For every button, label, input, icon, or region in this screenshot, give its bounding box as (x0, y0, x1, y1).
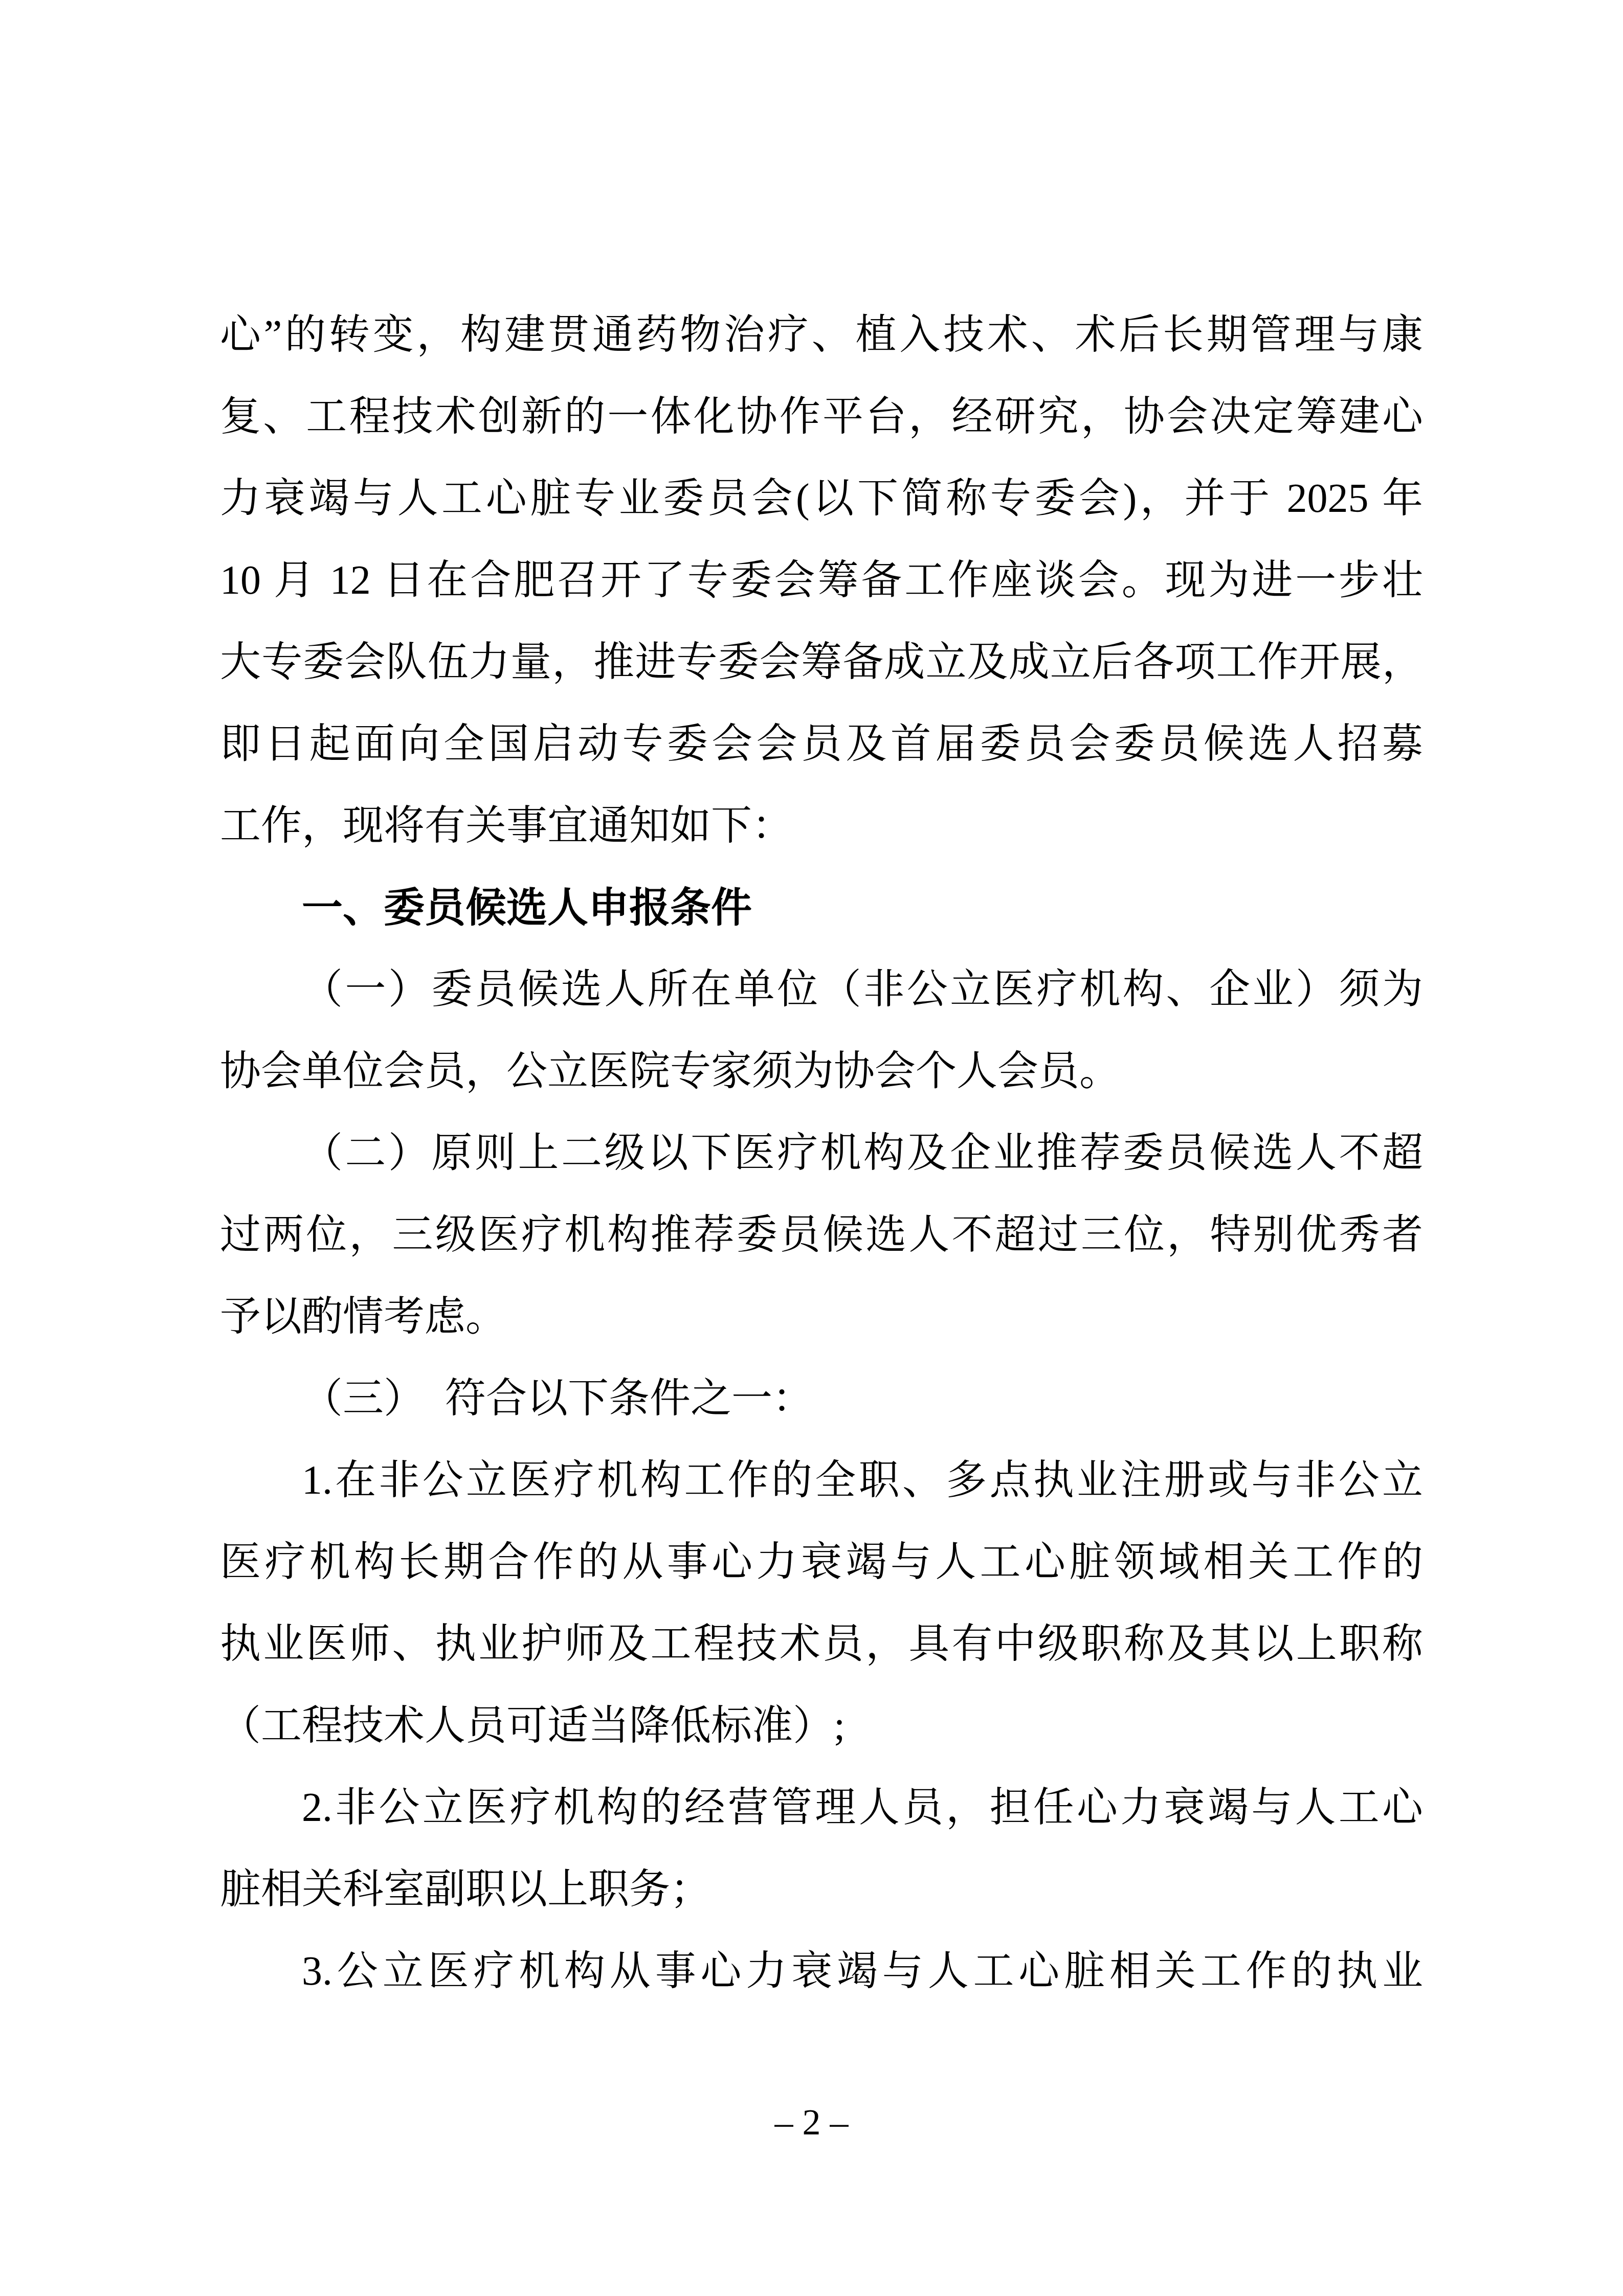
text-line: 1.在非公立医疗机构工作的全职、多点执业注册或与非公立 (220, 1439, 1423, 1521)
text-line: 心”的转变，构建贯通药物治疗、植入技术、术后长期管理与康 (220, 294, 1423, 376)
text-line: 脏相关科室副职以上职务； (220, 1849, 1423, 1930)
text-line: 执业医师、执业护师及工程技术员，具有中级职称及其以上职称 (220, 1603, 1423, 1685)
text-line: 2.非公立医疗机构的经营管理人员，担任心力衰竭与人工心 (220, 1767, 1423, 1849)
document-body: 心”的转变，构建贯通药物治疗、植入技术、术后长期管理与康复、工程技术创新的一体化… (220, 294, 1423, 2012)
text-line: （工程技术人员可适当降低标准）; (220, 1685, 1423, 1767)
text-line: 过两位，三级医疗机构推荐委员候选人不超过三位，特别优秀者 (220, 1194, 1423, 1276)
text-line: 予以酌情考虑。 (220, 1276, 1423, 1358)
text-line: 复、工程技术创新的一体化协作平台，经研究，协会决定筹建心 (220, 376, 1423, 458)
text-line: （三） 符合以下条件之一： (220, 1358, 1423, 1439)
text-line: 即日起面向全国启动专委会会员及首届委员会委员候选人招募 (220, 703, 1423, 785)
document-page: 心”的转变，构建贯通药物治疗、植入技术、术后长期管理与康复、工程技术创新的一体化… (0, 0, 1623, 2296)
text-line: （二）原则上二级以下医疗机构及企业推荐委员候选人不超 (220, 1112, 1423, 1194)
section-heading: 一、委员候选人申报条件 (220, 867, 1423, 949)
page-number: – 2 – (0, 2097, 1623, 2148)
text-line: 医疗机构长期合作的从事心力衰竭与人工心脏领域相关工作的 (220, 1521, 1423, 1603)
text-line: 力衰竭与人工心脏专业委员会(以下简称专委会)，并于 2025 年 (220, 458, 1423, 539)
text-line: 3.公立医疗机构从事心力衰竭与人工心脏相关工作的执业 (220, 1930, 1423, 2012)
text-line: 协会单位会员，公立医院专家须为协会个人会员。 (220, 1030, 1423, 1112)
text-line: 大专委会队伍力量，推进专委会筹备成立及成立后各项工作开展， (220, 621, 1423, 703)
text-line: （一）委员候选人所在单位（非公立医疗机构、企业）须为 (220, 949, 1423, 1030)
text-line: 工作，现将有关事宜通知如下： (220, 785, 1423, 867)
text-line: 10 月 12 日在合肥召开了专委会筹备工作座谈会。现为进一步壮 (220, 539, 1423, 621)
